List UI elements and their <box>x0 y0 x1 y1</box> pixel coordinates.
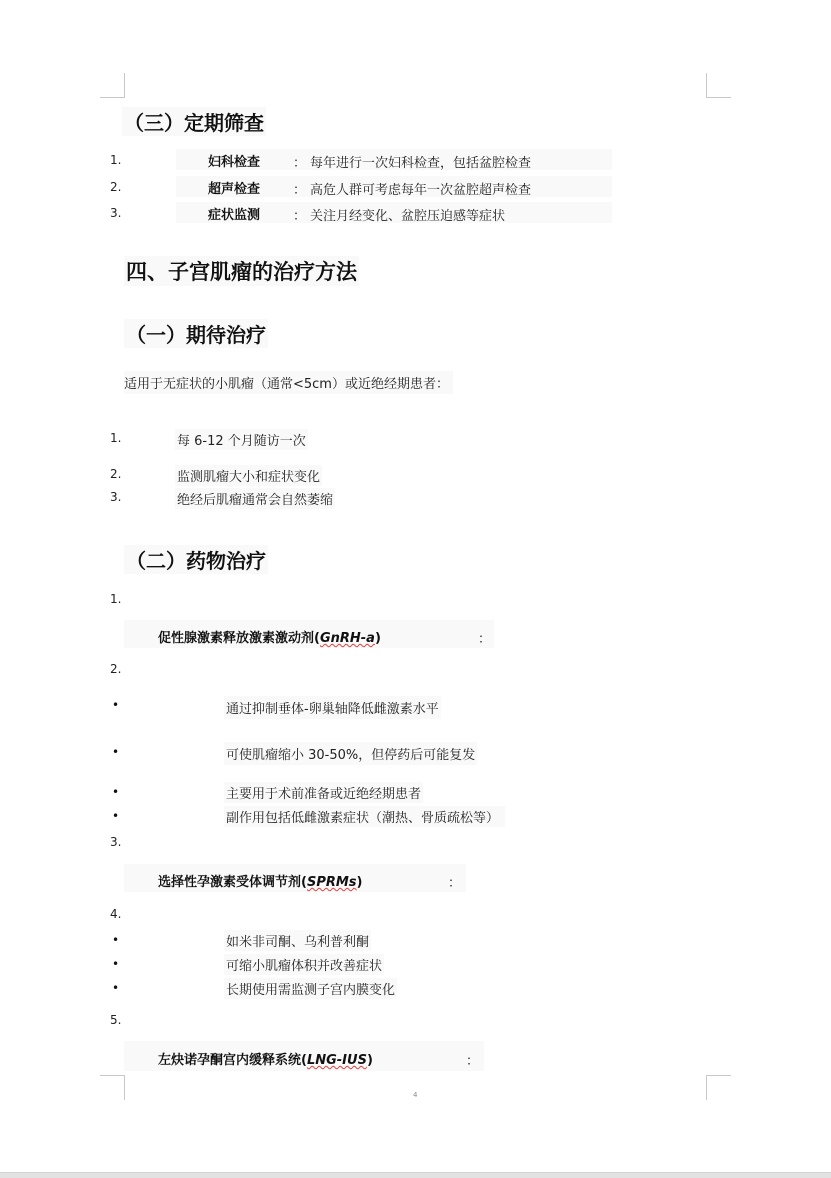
list-number: 3. <box>110 835 121 849</box>
bullet-glyph: • <box>112 957 119 971</box>
heading-treatment-methods: 四、子宫肌瘤的治疗方法 <box>124 256 359 286</box>
list-number: 1. <box>110 431 121 445</box>
bullet-item-text: 长期使用需监测子宫内膜变化 <box>224 978 397 999</box>
list-item-text: 绝经后肌瘤通常会自然萎缩 <box>175 488 335 509</box>
bullet-item-text: 如米非司酮、乌利普利酮 <box>224 930 371 951</box>
list-item-label: 症状监测 <box>208 204 260 223</box>
list-item-text: 监测肌瘤大小和症状变化 <box>175 465 322 486</box>
bullet-glyph: • <box>112 745 119 759</box>
list-item-label: 妇科检查 <box>208 151 260 170</box>
heading-expectant-treatment: （一）期待治疗 <box>124 319 268 348</box>
drug-title-close: ) <box>375 631 381 646</box>
corner-mark-top-right <box>706 73 731 98</box>
list-number: 3. <box>110 490 121 504</box>
corner-mark-bottom-left <box>100 1075 125 1100</box>
bullet-item-text: 主要用于术前准备或近绝经期患者 <box>224 782 423 803</box>
list-number: 1. <box>110 153 121 167</box>
expectant-intro: 适用于无症状的小肌瘤（通常<5cm）或近绝经期患者： <box>124 371 453 394</box>
drug-title-colon: ： <box>478 628 491 647</box>
list-number: 2. <box>110 662 121 676</box>
list-number: 1. <box>110 592 121 606</box>
bullet-glyph: • <box>112 698 119 712</box>
list-item-colon: ： <box>293 205 306 224</box>
drug-abbr-spellcheck: SPRMs <box>307 875 357 890</box>
drug-abbr-spellcheck: LNG-IUS <box>307 1053 367 1068</box>
drug-title-lng-ius: 左炔诺孕酮宫内缓释系统(LNG-IUS) <box>158 1049 373 1068</box>
bullet-item-text: 通过抑制垂体-卵巢轴降低雌激素水平 <box>224 696 441 719</box>
list-item-text: 每 6-12 个月随访一次 <box>175 429 308 450</box>
page-number: 4 <box>413 1091 417 1099</box>
drug-abbr-spellcheck: GnRH-a <box>320 631 375 646</box>
list-number: 2. <box>110 180 121 194</box>
bullet-glyph: • <box>112 933 119 947</box>
bullet-item-text: 可缩小肌瘤体积并改善症状 <box>224 954 384 975</box>
drug-title-colon: ： <box>466 1050 479 1069</box>
corner-mark-top-left <box>100 73 125 98</box>
list-item-text: 每年进行一次妇科检查，包括盆腔检查 <box>310 152 531 171</box>
document-page: （三）定期筛查 1. 妇科检查 ： 每年进行一次妇科检查，包括盆腔检查 2. 超… <box>0 0 831 1172</box>
drug-title-cn: 选择性孕激素受体调节剂( <box>158 875 307 890</box>
drug-title-close: ) <box>367 1053 373 1068</box>
list-item-colon: ： <box>293 179 306 198</box>
list-number: 5. <box>110 1013 121 1027</box>
heading-drug-treatment: （二）药物治疗 <box>124 545 268 574</box>
drug-title-gnrh: 促性腺激素释放激素激动剂(GnRH-a) <box>158 627 381 646</box>
list-number: 4. <box>110 907 121 921</box>
window-bottom-edge <box>0 1172 831 1178</box>
list-item-colon: ： <box>293 152 306 171</box>
drug-title-colon: ： <box>448 872 461 891</box>
bullet-item-text: 可使肌瘤缩小 30-50%，但停药后可能复发 <box>224 742 477 765</box>
corner-mark-bottom-right <box>706 1075 731 1100</box>
drug-title-close: ) <box>357 875 363 890</box>
list-item-text: 关注月经变化、盆腔压迫感等症状 <box>310 205 505 224</box>
drug-title-cn: 促性腺激素释放激素激动剂( <box>158 631 320 646</box>
list-item-label: 超声检查 <box>208 178 260 197</box>
drug-title-cn: 左炔诺孕酮宫内缓释系统( <box>158 1053 307 1068</box>
bullet-glyph: • <box>112 785 119 799</box>
list-item-text: 高危人群可考虑每年一次盆腔超声检查 <box>310 179 531 198</box>
list-number: 2. <box>110 467 121 481</box>
bullet-glyph: • <box>112 981 119 995</box>
drug-title-sprms: 选择性孕激素受体调节剂(SPRMs) <box>158 871 362 890</box>
list-number: 3. <box>110 206 121 220</box>
bullet-glyph: • <box>112 809 119 823</box>
heading-regular-screening: （三）定期筛查 <box>122 107 266 136</box>
bullet-item-text: 副作用包括低雌激素症状（潮热、骨质疏松等） <box>224 806 505 827</box>
